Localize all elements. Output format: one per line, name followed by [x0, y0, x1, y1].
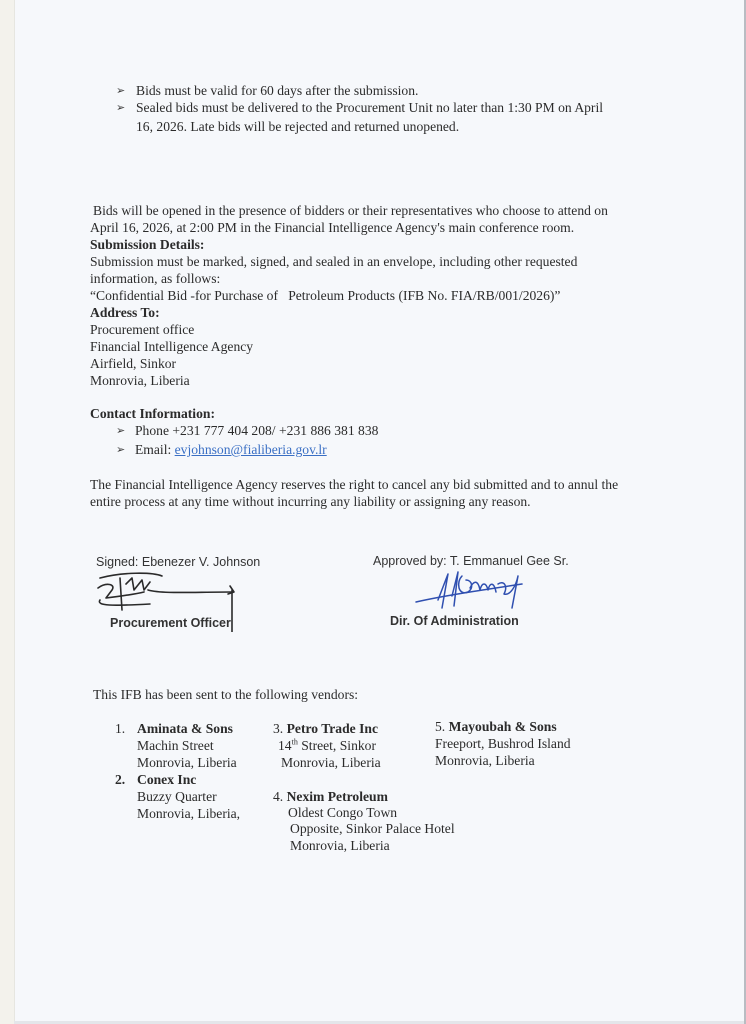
requirement-validity: Bids must be valid for 60 days after the…	[136, 82, 418, 99]
vendor-heading: 3. Petro Trade Inc	[273, 720, 378, 737]
contact-email-link[interactable]: evjohnson@fialiberia.gov.lr	[175, 442, 327, 457]
address-heading: Address To:	[90, 304, 160, 321]
opening-line-2: April 16, 2026, at 2:00 PM in the Financ…	[90, 219, 574, 236]
director-title: Dir. Of Administration	[390, 614, 519, 628]
submission-line-2: information, as follows:	[90, 270, 220, 287]
street-number: 14	[278, 738, 292, 753]
vendor-address-line: Monrovia, Liberia	[435, 752, 535, 769]
director-signature	[412, 566, 537, 614]
requirement-deadline-cont: 16, 2026. Late bids will be rejected and…	[136, 118, 459, 135]
vendor-address-line: Monrovia, Liberia	[137, 754, 237, 771]
signed-by-label: Signed: Ebenezer V. Johnson	[96, 555, 260, 569]
scan-left-edge	[0, 0, 15, 1024]
address-line: Procurement office	[90, 321, 194, 338]
arrowhead-bullet-icon: ➢	[116, 424, 125, 437]
vendor-name: Petro Trade Inc	[287, 721, 378, 736]
vendor-address-line: Opposite, Sinkor Palace Hotel	[290, 820, 455, 837]
vendor-address-line: Monrovia, Liberia	[290, 837, 390, 854]
vendor-address-line: Machin Street	[137, 737, 214, 754]
disclaimer-line-1: The Financial Intelligence Agency reserv…	[90, 476, 618, 493]
vendor-name: Conex Inc	[137, 771, 196, 788]
vendor-number: 2.	[115, 771, 125, 788]
opening-line-1: Bids will be opened in the presence of b…	[93, 202, 608, 219]
submission-line-1: Submission must be marked, signed, and s…	[90, 253, 577, 270]
vendor-address-line: 14th Street, Sinkor	[278, 737, 376, 754]
contact-heading: Contact Information:	[90, 405, 215, 422]
vendor-heading: 5. Mayoubah & Sons	[435, 718, 557, 735]
vendor-name: Nexim Petroleum	[287, 789, 388, 804]
vendor-number: 5.	[435, 719, 445, 734]
vendor-heading: 4. Nexim Petroleum	[273, 788, 388, 805]
address-line: Airfield, Sinkor	[90, 355, 176, 372]
vendor-name: Mayoubah & Sons	[449, 719, 557, 734]
vendor-number: 3.	[273, 721, 283, 736]
street-name: Street, Sinkor	[298, 738, 376, 753]
vendor-address-line: Monrovia, Liberia,	[137, 805, 240, 822]
arrowhead-bullet-icon: ➢	[116, 84, 125, 97]
vendor-address-line: Oldest Congo Town	[288, 804, 397, 821]
vendors-intro: This IFB has been sent to the following …	[93, 686, 358, 703]
requirement-deadline: Sealed bids must be delivered to the Pro…	[136, 99, 603, 116]
vendor-address-line: Monrovia, Liberia	[281, 754, 381, 771]
procurement-officer-title: Procurement Officer	[110, 616, 231, 630]
submission-envelope-label: “Confidential Bid -for Purchase of Petro…	[90, 287, 560, 304]
arrowhead-bullet-icon: ➢	[116, 443, 125, 456]
vendor-address-line: Freeport, Bushrod Island	[435, 735, 571, 752]
contact-email-row: Email: evjohnson@fialiberia.gov.lr	[135, 441, 327, 458]
contact-phone: Phone +231 777 404 208/ +231 886 381 838	[135, 422, 378, 439]
vendor-name: Aminata & Sons	[137, 720, 233, 737]
submission-heading: Submission Details:	[90, 236, 204, 253]
contact-email-label: Email:	[135, 442, 175, 457]
vendor-number: 4.	[273, 789, 283, 804]
address-line: Monrovia, Liberia	[90, 372, 190, 389]
disclaimer-line-2: entire process at any time without incur…	[90, 493, 531, 510]
vendor-address-line: Buzzy Quarter	[137, 788, 217, 805]
address-line: Financial Intelligence Agency	[90, 338, 253, 355]
vendor-number: 1.	[115, 720, 125, 737]
arrowhead-bullet-icon: ➢	[116, 101, 125, 114]
